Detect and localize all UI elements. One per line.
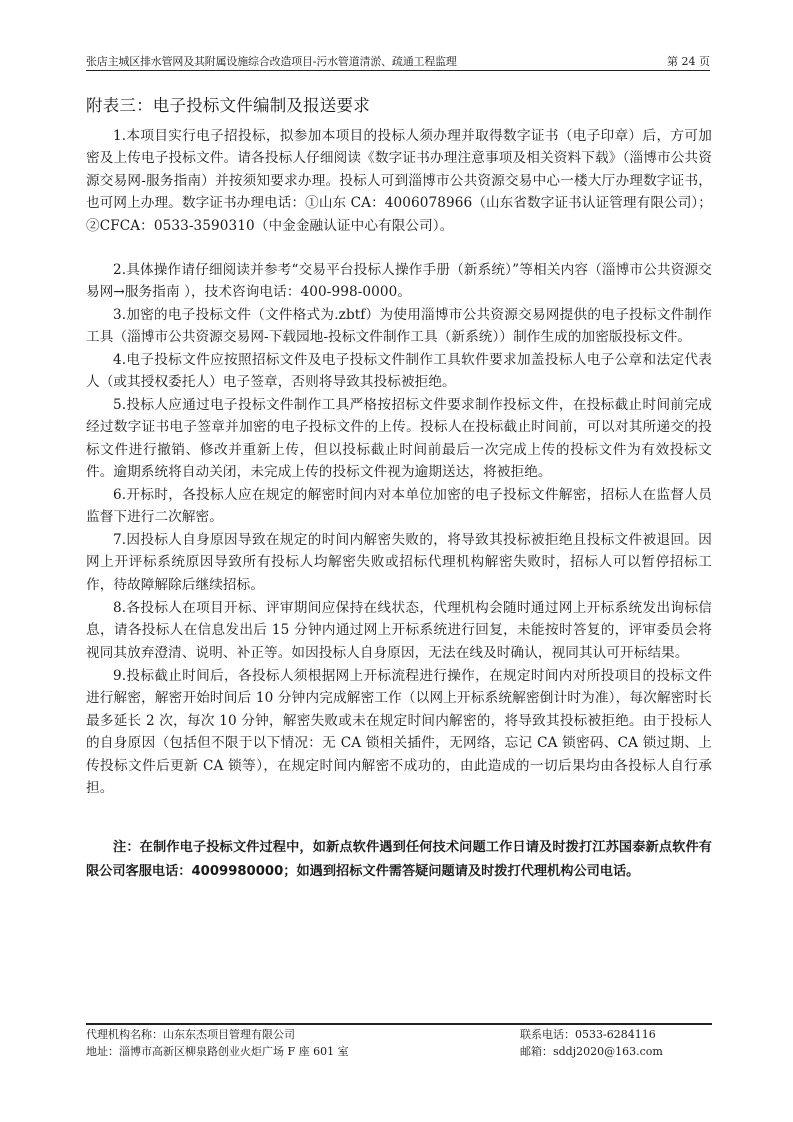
paragraph-6: 6.开标时，各投标人应在规定的解密时间内对本单位加密的电子投标文件解密，招标人在… <box>86 484 712 529</box>
paragraph-8: 8.各投标人在项目开标、评审期间应保持在线状态，代理机构会随时通过网上开标系统发… <box>86 597 712 665</box>
note-paragraph: 注：在制作电子投标文件过程中，如新点软件遇到任何技术问题工作日请及时拨打江苏国泰… <box>86 836 712 884</box>
agency-name: 代理机构名称：山东东杰项目管理有限公司 <box>86 1026 295 1043</box>
document-body: 1.本项目实行电子招投标，拟参加本项目的投标人须办理并取得数字证书（电子印章）后… <box>86 125 712 884</box>
contact-email: 邮箱：sddj2020@163.com <box>520 1043 663 1060</box>
paragraph-5: 5.投标人应通过电子投标文件制作工具严格按招标文件要求制作投标文件，在投标截止时… <box>86 394 712 484</box>
footer-divider <box>86 1023 712 1025</box>
paragraph-9: 9.投标截止时间后，各投标人须根据网上开标流程进行操作，在规定时间内对所投项目的… <box>86 665 712 822</box>
paragraph-4: 4.电子投标文件应按照招标文件及电子投标文件制作工具软件要求加盖投标人电子公章和… <box>86 349 712 394</box>
paragraph-2: 2.具体操作请仔细阅读并参考“交易平台投标人操作手册（新系统）”等相关内容（淄博… <box>86 259 712 304</box>
page-header: 张店主城区排水管网及其附属设施综合改造项目-污水管道清淤、疏通工程监理 第 24… <box>86 54 710 71</box>
agency-address: 地址：淄博市高新区柳泉路创业火炬广场 F 座 601 室 <box>86 1043 349 1060</box>
footer-row-2: 地址：淄博市高新区柳泉路创业火炬广场 F 座 601 室 邮箱：sddj2020… <box>86 1043 712 1060</box>
document-title: 张店主城区排水管网及其附属设施综合改造项目-污水管道清淤、疏通工程监理 <box>86 54 457 70</box>
contact-phone: 联系电话：0533-6284116 <box>520 1026 656 1043</box>
section-title: 附表三：电子投标文件编制及报送要求 <box>86 95 370 117</box>
paragraph-1: 1.本项目实行电子招投标，拟参加本项目的投标人须办理并取得数字证书（电子印章）后… <box>86 125 712 259</box>
footer-row-1: 代理机构名称：山东东杰项目管理有限公司 联系电话：0533-6284116 <box>86 1026 712 1043</box>
page-footer: 代理机构名称：山东东杰项目管理有限公司 联系电话：0533-6284116 地址… <box>86 1026 712 1060</box>
paragraph-7: 7.因投标人自身原因导致在规定的时间内解密失败的，将导致其投标被拒绝且投标文件被… <box>86 529 712 597</box>
page-number: 第 24 页 <box>667 54 710 70</box>
paragraph-3: 3.加密的电子投标文件（文件格式为.zbtf）为使用淄博市公共资源交易网提供的电… <box>86 304 712 349</box>
